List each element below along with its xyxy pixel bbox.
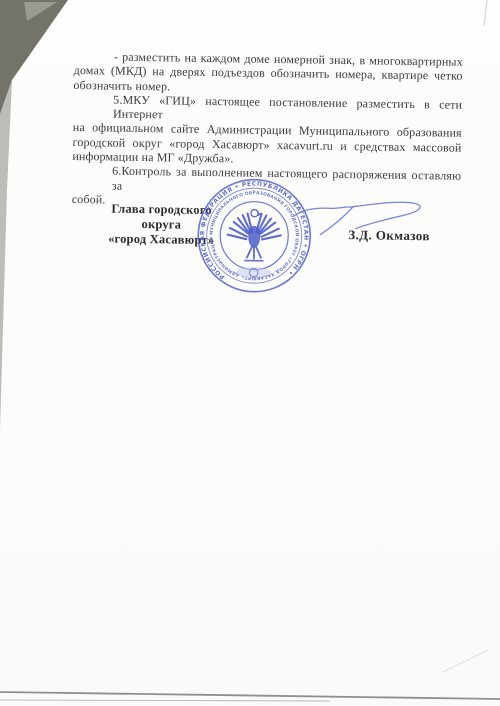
document-content: - разместить на каждом доме номерной зна… [0, 0, 500, 706]
signature-stroke-flourish [320, 206, 353, 235]
handwritten-signature [282, 188, 438, 250]
eagle-tail [247, 247, 261, 259]
dagestan-eagle-emblem [227, 209, 281, 261]
signature-stroke-main [293, 201, 420, 230]
